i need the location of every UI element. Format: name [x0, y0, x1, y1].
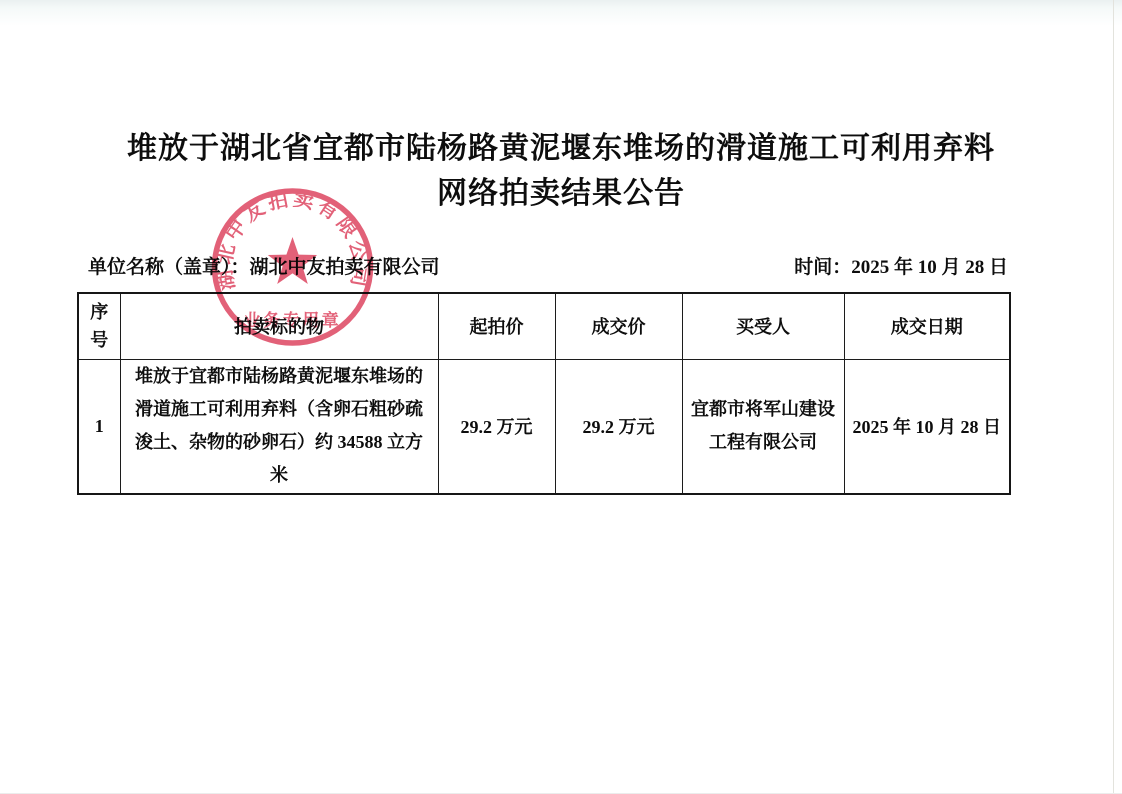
cell-deal-date: 2025 年 10 月 28 日 [844, 359, 1010, 494]
company-seal-stamp: 湖北中友拍卖有限公司 业务专用章 [211, 187, 374, 347]
cell-seq: 1 [78, 359, 120, 494]
cell-item: 堆放于宜都市陆杨路黄泥堰东堆场的滑道施工可利用弃料（含卵石粗砂疏浚土、杂物的砂卵… [120, 359, 438, 494]
col-header-start-price: 起拍价 [438, 293, 555, 359]
scan-noise-band [0, 0, 1122, 26]
document-title-line1: 堆放于湖北省宜都市陆杨路黄泥堰东堆场的滑道施工可利用弃料 [0, 126, 1122, 172]
seal-label-text: 业务专用章 [244, 310, 342, 330]
star-icon [268, 237, 317, 284]
page-edge-line [1113, 0, 1114, 794]
col-header-deal-price: 成交价 [555, 293, 682, 359]
date-label: 时间：2025 年 10 月 28 日 [794, 253, 1008, 283]
table-row: 1 堆放于宜都市陆杨路黄泥堰东堆场的滑道施工可利用弃料（含卵石粗砂疏浚土、杂物的… [78, 359, 1010, 494]
document-page: 堆放于湖北省宜都市陆杨路黄泥堰东堆场的滑道施工可利用弃料 网络拍卖结果公告 单位… [0, 0, 1122, 794]
cell-buyer: 宜都市将军山建设工程有限公司 [682, 359, 844, 494]
col-header-buyer: 买受人 [682, 293, 844, 359]
document-title-line2: 网络拍卖结果公告 [0, 172, 1122, 216]
cell-deal-price: 29.2 万元 [555, 359, 682, 494]
col-header-seq: 序号 [78, 293, 120, 359]
col-header-deal-date: 成交日期 [844, 293, 1010, 359]
cell-start-price: 29.2 万元 [438, 359, 555, 494]
